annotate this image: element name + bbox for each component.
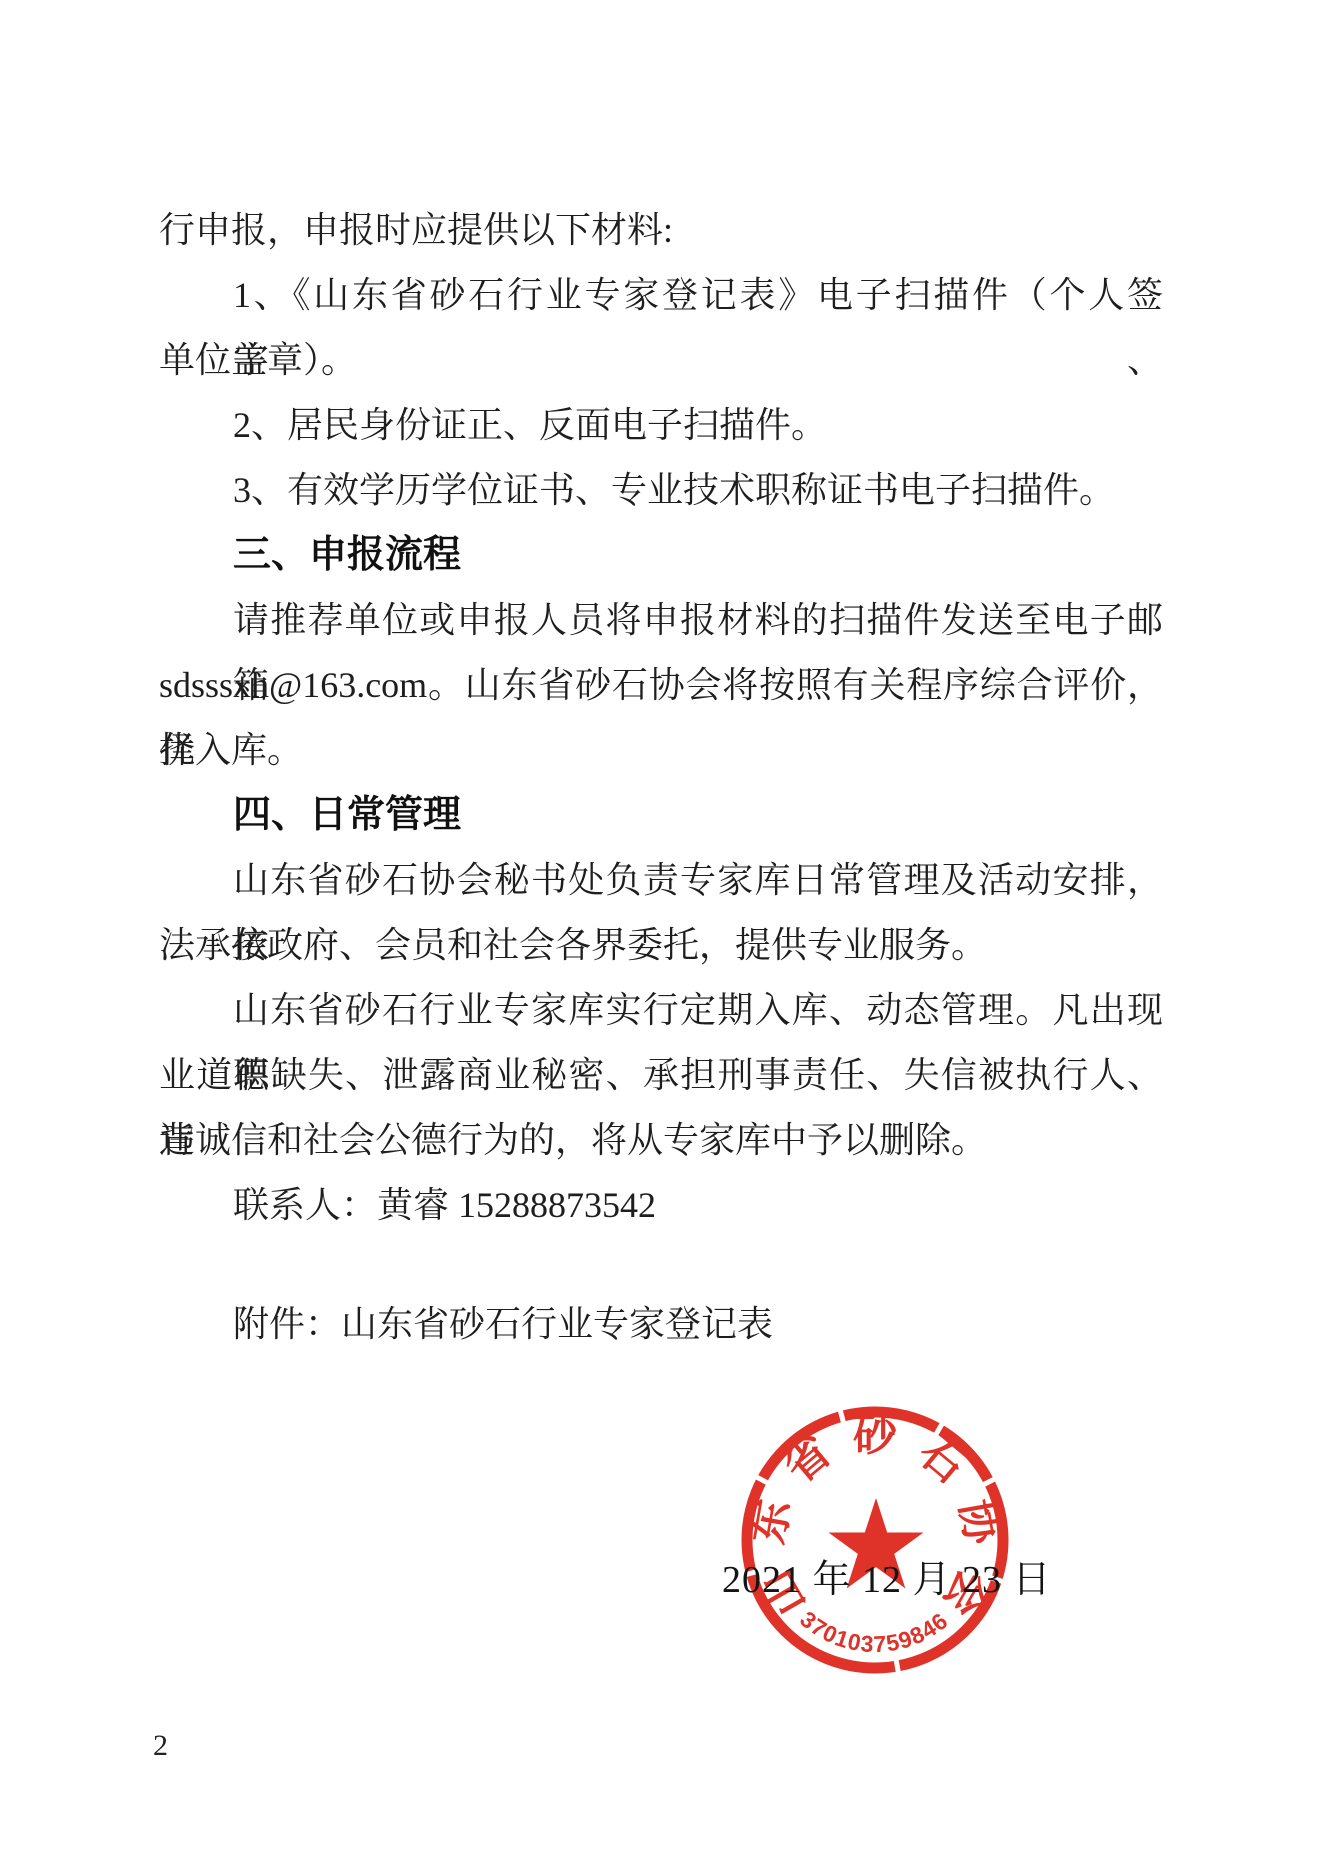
attachment-line: 附件：山东省砂石行业专家登记表: [233, 1292, 773, 1357]
text-line: 山东省砂石协会秘书处负责专家库日常管理及活动安排，依: [159, 848, 1163, 913]
document-date: 2021 年 12 月 23 日: [722, 1552, 1052, 1608]
seal-nick: [896, 1656, 900, 1678]
seal-arc-char: 东: [744, 1496, 800, 1548]
text-line: 业道德缺失、泄露商业秘密、承担刑事责任、失信被执行人、违: [159, 1043, 1163, 1108]
seal-arc-char: 省: [775, 1427, 840, 1493]
text-line: 2、居民身份证正、反面电子扫描件。: [159, 393, 1163, 458]
document-page: 行申报，申报时应提供以下材料: 1、《山东省砂石行业专家登记表》电子扫描件（个人…: [0, 0, 1322, 1870]
body-text: 行申报，申报时应提供以下材料: 1、《山东省砂石行业专家登记表》电子扫描件（个人…: [159, 198, 1163, 1238]
seal-arc-char: 砂: [853, 1411, 899, 1460]
seal-nick: [839, 1405, 845, 1426]
text-line: 优入库。: [159, 718, 1163, 783]
page-number: 2: [153, 1728, 168, 1764]
seal-arc-char: 石: [910, 1427, 975, 1493]
text-line: 法承接政府、会员和社会各界委托，提供专业服务。: [159, 913, 1163, 978]
official-seal: 山 东 省 砂 石 协 会 3701037598463: [705, 1370, 1045, 1710]
text-line: 背诚信和社会公德行为的，将从专家库中予以删除。: [159, 1108, 1163, 1173]
text-line: sdsssxh@163.com。山东省砂石协会将按照有关程序综合评价，择: [159, 653, 1163, 718]
contact-line: 联系人：黄睿 15288873542: [159, 1173, 1163, 1238]
text-line: 请推荐单位或申报人员将申报材料的扫描件发送至电子邮箱: [159, 588, 1163, 653]
section-heading: 三、申报流程: [159, 523, 1163, 588]
section-heading: 四、日常管理: [159, 783, 1163, 848]
text-line: 行申报，申报时应提供以下材料:: [159, 198, 1163, 263]
text-line: 山东省砂石行业专家库实行定期入库、动态管理。凡出现职: [159, 978, 1163, 1043]
text-line: 1、《山东省砂石行业专家登记表》电子扫描件（个人签字、: [159, 263, 1163, 328]
text-line: 3、有效学历学位证书、专业技术职称证书电子扫描件。: [159, 458, 1163, 523]
